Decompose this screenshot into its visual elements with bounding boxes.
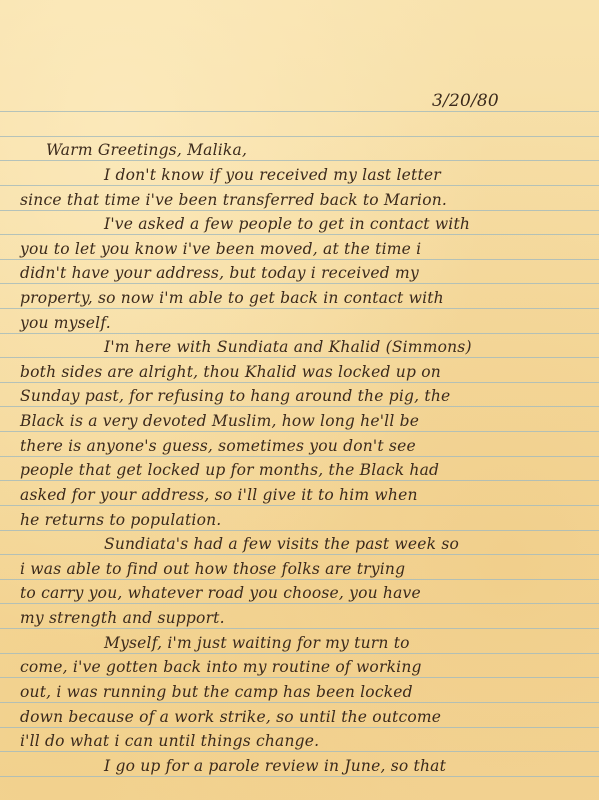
letter-line: out, i was running but the camp has been… xyxy=(20,685,413,701)
rule-line xyxy=(0,751,599,752)
letter-line: i'll do what i can until things change. xyxy=(20,734,319,750)
rule-line xyxy=(0,308,599,309)
letter-line: asked for your address, so i'll give it … xyxy=(20,488,418,504)
rule-line xyxy=(0,456,599,457)
letter-line: property, so now i'm able to get back in… xyxy=(20,291,444,307)
letter-line: people that get locked up for months, th… xyxy=(20,463,439,479)
rule-line xyxy=(0,259,599,260)
letter-line: since that time i've been transferred ba… xyxy=(20,193,447,209)
letter-line: I don't know if you received my last let… xyxy=(104,168,441,184)
rule-line xyxy=(0,702,599,703)
letter-line: Myself, i'm just waiting for my turn to xyxy=(104,636,410,652)
rule-line xyxy=(0,210,599,211)
letter-line: come, i've gotten back into my routine o… xyxy=(20,660,422,676)
rule-line xyxy=(0,653,599,654)
letter-line: i was able to find out how those folks a… xyxy=(20,562,405,578)
rule-line xyxy=(0,333,599,334)
rule-line xyxy=(0,382,599,383)
letter-line: to carry you, whatever road you choose, … xyxy=(20,586,421,602)
rule-line xyxy=(0,406,599,407)
rule-line xyxy=(0,234,599,235)
letter-line: I'm here with Sundiata and Khalid (Simmo… xyxy=(104,340,472,356)
rule-line xyxy=(0,505,599,506)
letter-line: there is anyone's guess, sometimes you d… xyxy=(20,439,416,455)
rule-line xyxy=(0,136,599,137)
letter-line: didn't have your address, but today i re… xyxy=(20,266,419,282)
letter-line: Black is a very devoted Muslim, how long… xyxy=(20,414,419,430)
rule-line xyxy=(0,480,599,481)
letter-line: my strength and support. xyxy=(20,611,225,627)
letter-line: Sunday past, for refusing to hang around… xyxy=(20,389,450,405)
salutation: Warm Greetings, Malika, xyxy=(46,143,247,159)
rule-line xyxy=(0,727,599,728)
rule-line xyxy=(0,111,599,112)
letter-date: 3/20/80 xyxy=(432,93,499,110)
letter-page: 3/20/80 Warm Greetings, Malika, I don't … xyxy=(0,0,599,800)
rule-line xyxy=(0,160,599,161)
rule-line xyxy=(0,283,599,284)
rule-line xyxy=(0,603,599,604)
letter-line: you myself. xyxy=(20,316,111,332)
rule-line xyxy=(0,185,599,186)
rule-line xyxy=(0,579,599,580)
letter-line: down because of a work strike, so until … xyxy=(20,710,441,726)
rule-line xyxy=(0,677,599,678)
letter-line: I've asked a few people to get in contac… xyxy=(104,217,470,233)
rule-line xyxy=(0,628,599,629)
letter-line: you to let you know i've been moved, at … xyxy=(20,242,421,258)
letter-line: Sundiata's had a few visits the past wee… xyxy=(104,537,459,553)
rule-line xyxy=(0,554,599,555)
rule-line xyxy=(0,776,599,777)
letter-line: both sides are alright, thou Khalid was … xyxy=(20,365,441,381)
rule-line xyxy=(0,530,599,531)
letter-line: he returns to population. xyxy=(20,513,221,529)
rule-line xyxy=(0,431,599,432)
letter-line: I go up for a parole review in June, so … xyxy=(104,759,446,775)
rule-line xyxy=(0,357,599,358)
